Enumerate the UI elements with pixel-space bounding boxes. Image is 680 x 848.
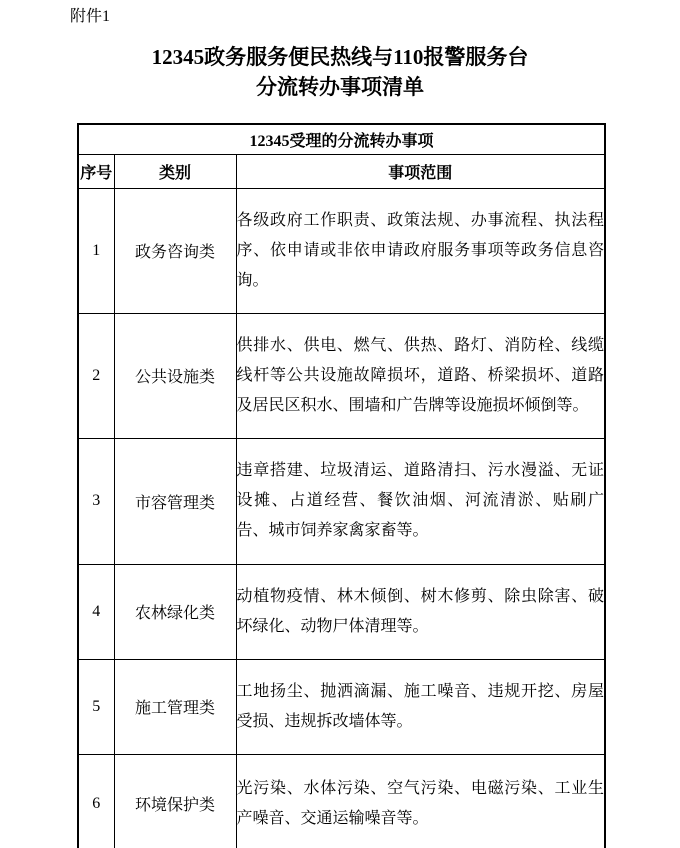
row-number: 4 <box>78 564 114 659</box>
row-number: 2 <box>78 313 114 438</box>
row-category: 公共设施类 <box>114 313 236 438</box>
row-scope: 工地扬尘、抛洒滴漏、施工噪音、违规开挖、房屋受损、违规拆改墙体等。 <box>236 659 605 754</box>
row-scope: 各级政府工作职责、政策法规、办事流程、执法程序、依申请或非依申请政府服务事项等政… <box>236 188 605 313</box>
table-row: 6 环境保护类 光污染、水体污染、空气污染、电磁污染、工业生产噪音、交通运输噪音… <box>78 754 605 848</box>
row-category: 施工管理类 <box>114 659 236 754</box>
col-header-scope: 事项范围 <box>236 154 605 188</box>
row-number: 6 <box>78 754 114 848</box>
document-page: { "page": { "attachment_label": "附件1", "… <box>0 0 680 848</box>
table-caption: 12345受理的分流转办事项 <box>78 124 605 154</box>
row-scope: 违章搭建、垃圾清运、道路清扫、污水漫溢、无证设摊、占道经营、餐饮油烟、河流清淤、… <box>236 438 605 564</box>
table-row: 3 市容管理类 违章搭建、垃圾清运、道路清扫、污水漫溢、无证设摊、占道经营、餐饮… <box>78 438 605 564</box>
document-title: 12345政务服务便民热线与110报警服务台 分流转办事项清单 <box>0 42 680 102</box>
row-number: 3 <box>78 438 114 564</box>
table-caption-row: 12345受理的分流转办事项 <box>78 124 605 154</box>
items-table: 12345受理的分流转办事项 序号 类别 事项范围 1 政务咨询类 各级政府工作… <box>77 123 606 848</box>
table-header-row: 序号 类别 事项范围 <box>78 154 605 188</box>
table-row: 4 农林绿化类 动植物疫情、林木倾倒、树木修剪、除虫除害、破坏绿化、动物尸体清理… <box>78 564 605 659</box>
row-scope: 动植物疫情、林木倾倒、树木修剪、除虫除害、破坏绿化、动物尸体清理等。 <box>236 564 605 659</box>
title-line-1: 12345政务服务便民热线与110报警服务台 <box>0 42 680 72</box>
row-number: 1 <box>78 188 114 313</box>
row-category: 环境保护类 <box>114 754 236 848</box>
col-header-category: 类别 <box>114 154 236 188</box>
title-line-2: 分流转办事项清单 <box>0 72 680 102</box>
row-category: 农林绿化类 <box>114 564 236 659</box>
table-row: 2 公共设施类 供排水、供电、燃气、供热、路灯、消防栓、线缆线杆等公共设施故障损… <box>78 313 605 438</box>
col-header-no: 序号 <box>78 154 114 188</box>
row-scope: 供排水、供电、燃气、供热、路灯、消防栓、线缆线杆等公共设施故障损坏，道路、桥梁损… <box>236 313 605 438</box>
row-category: 政务咨询类 <box>114 188 236 313</box>
row-category: 市容管理类 <box>114 438 236 564</box>
attachment-label: 附件1 <box>70 7 110 27</box>
row-scope: 光污染、水体污染、空气污染、电磁污染、工业生产噪音、交通运输噪音等。 <box>236 754 605 848</box>
table-row: 5 施工管理类 工地扬尘、抛洒滴漏、施工噪音、违规开挖、房屋受损、违规拆改墙体等… <box>78 659 605 754</box>
row-number: 5 <box>78 659 114 754</box>
table-row: 1 政务咨询类 各级政府工作职责、政策法规、办事流程、执法程序、依申请或非依申请… <box>78 188 605 313</box>
page: 附件1 12345政务服务便民热线与110报警服务台 分流转办事项清单 1234… <box>0 0 680 848</box>
